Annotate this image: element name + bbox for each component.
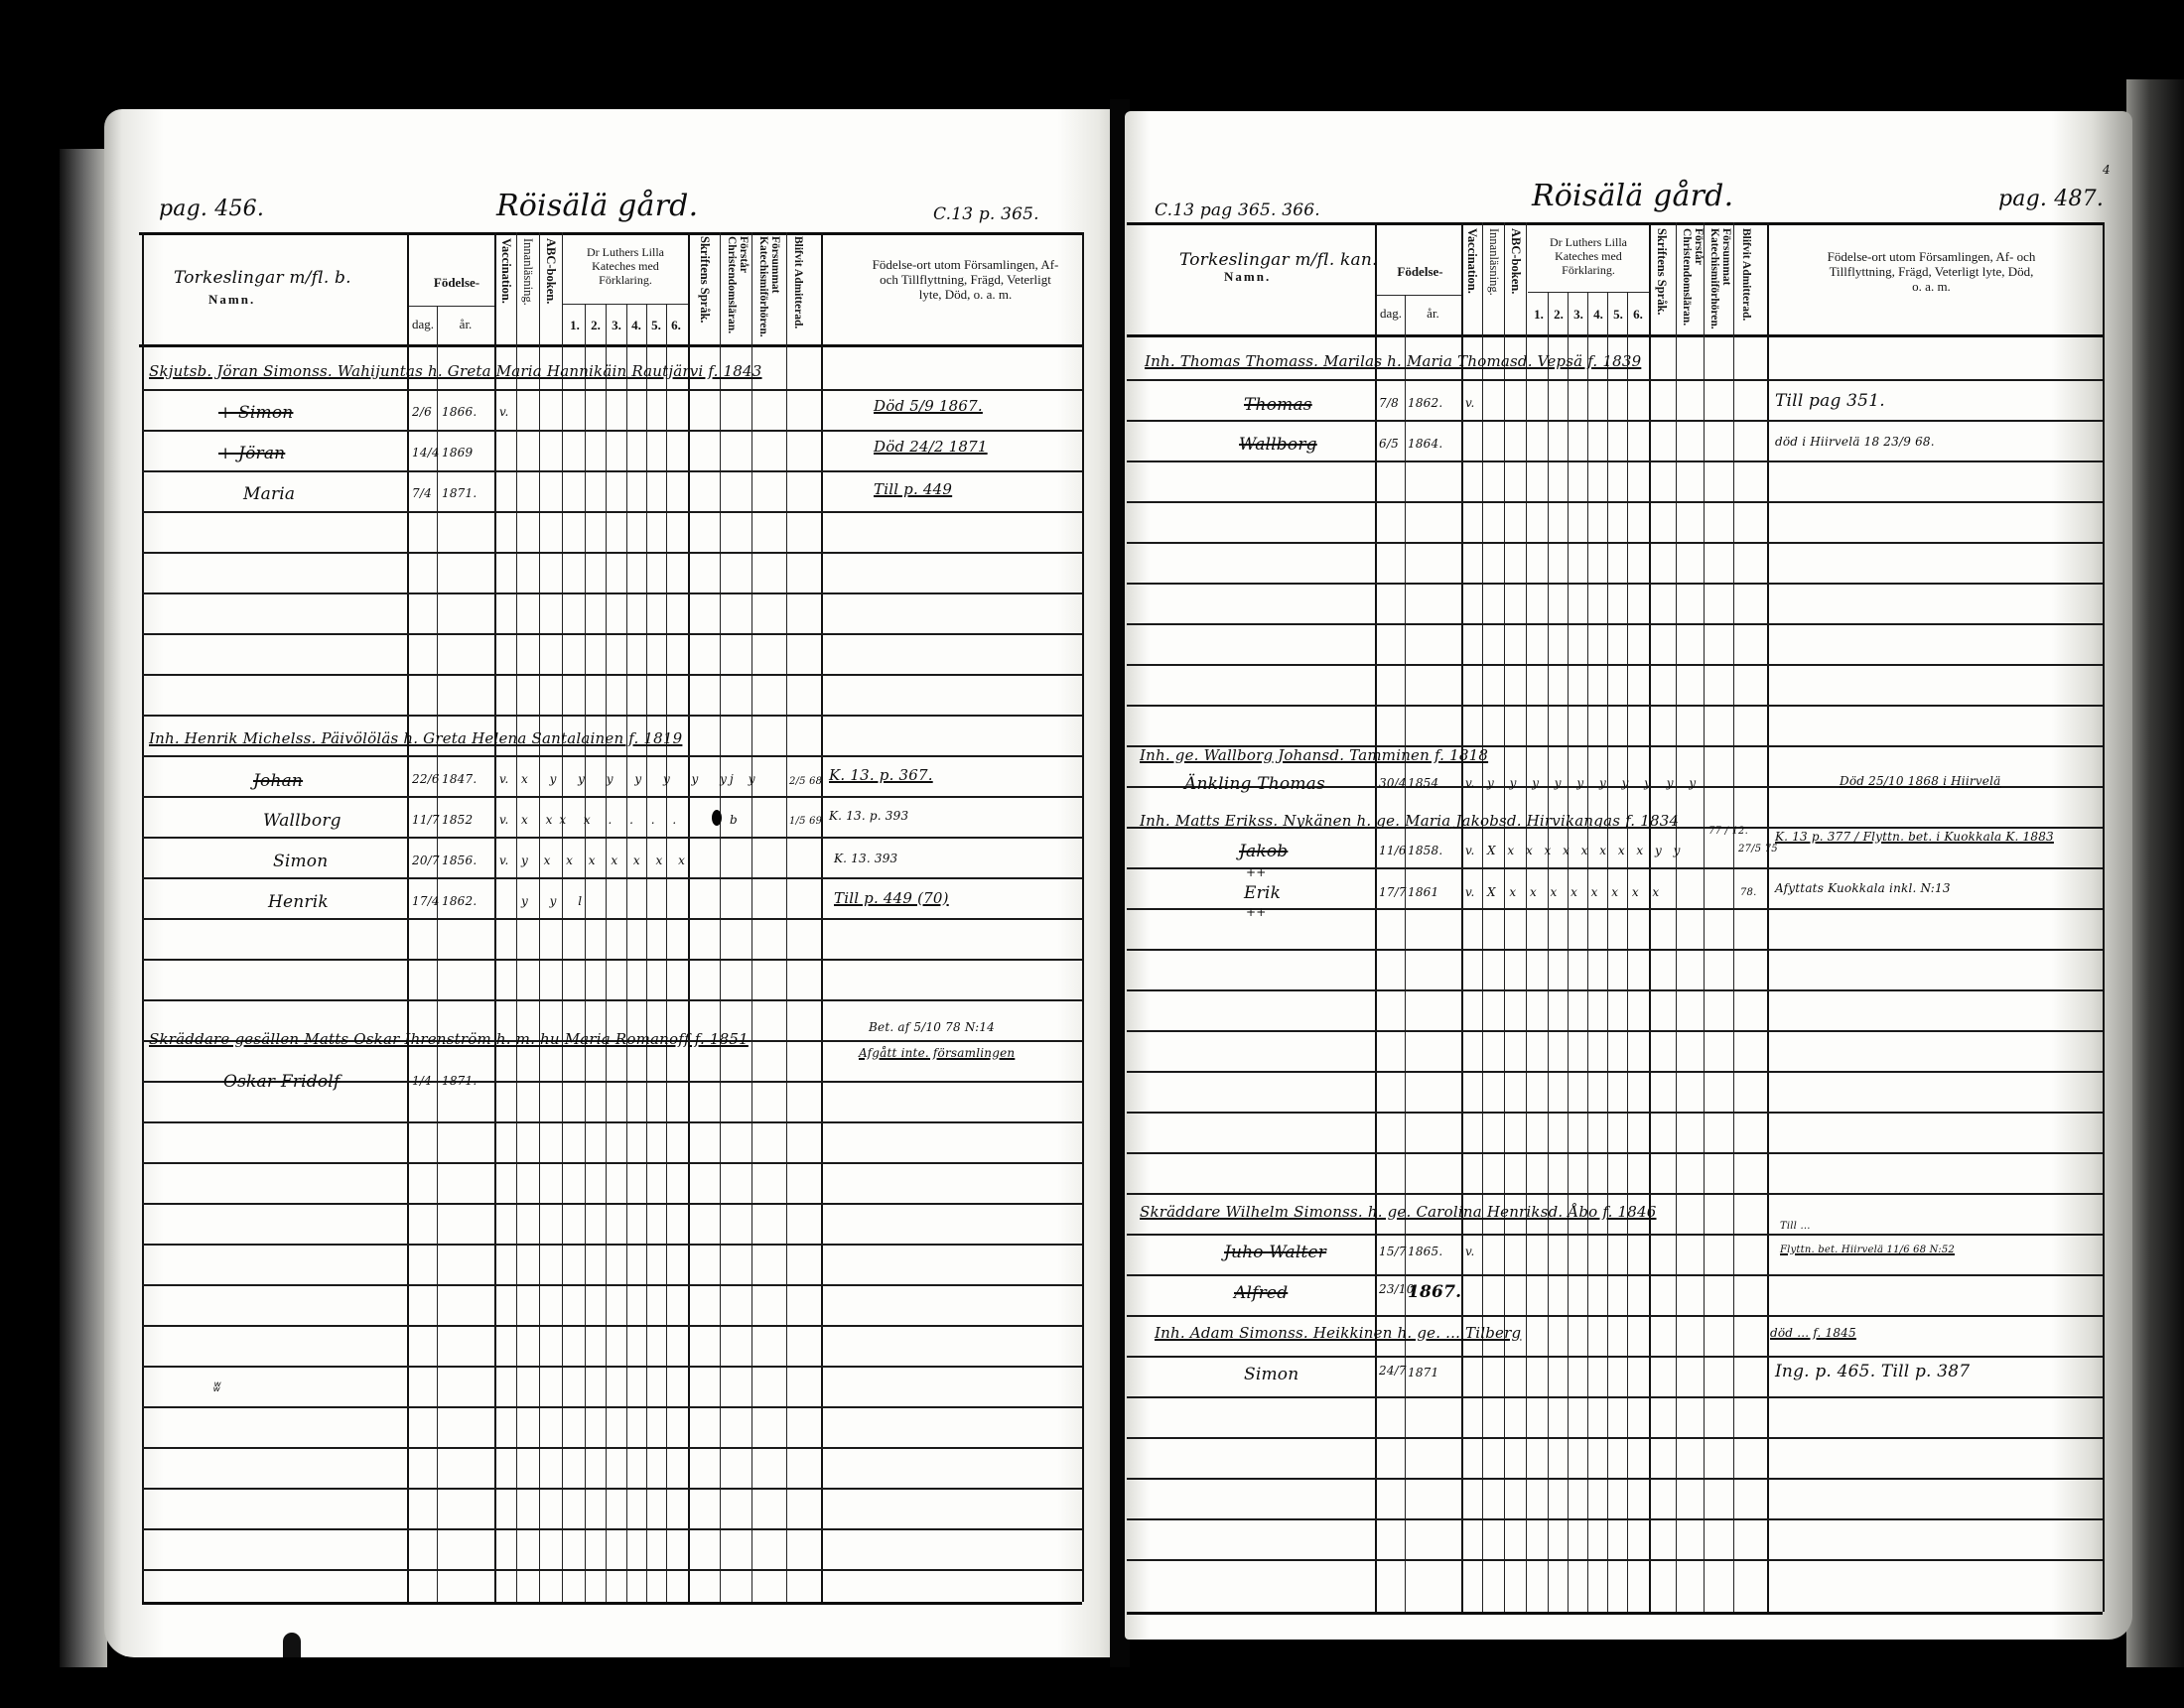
notes: K. 13. p. 393 <box>829 809 908 823</box>
birth-year: 1871. <box>442 1074 477 1088</box>
admitted-date: 1/5 69 <box>789 816 822 827</box>
notes: Bet. af 5/10 78 N:14 <box>869 1020 995 1034</box>
left-birth-divider <box>409 306 495 307</box>
birth-year: 1862. <box>442 894 477 908</box>
person-name: Thomas <box>1244 395 1312 415</box>
notes: Flyttn. bet. Hiirvelä 11/6 68 N:52 <box>1780 1245 1955 1255</box>
notes: K. 13. 393 <box>834 852 897 865</box>
notes: Död 24/2 1871 <box>874 438 988 456</box>
cross-mark: ++ <box>1246 905 1267 919</box>
birth-day: 22/6 <box>412 772 440 786</box>
ink-blot <box>712 810 722 826</box>
vaccination-mark: v. <box>499 813 509 827</box>
cross-mark: ++ <box>1246 865 1267 879</box>
left-admitted-header: Blifvit Admitterad. <box>792 236 804 340</box>
left-page-ref: pag. 456. <box>159 197 264 221</box>
person-name: Änkling Thomas <box>1184 774 1325 794</box>
right-year-header: år. <box>1406 307 1460 322</box>
right-page-ref: pag. 487. <box>1998 187 2104 211</box>
catechism-marks: y y l <box>521 894 591 908</box>
right-birth-header: Födelse- <box>1378 265 1462 280</box>
left-cat-col-6: 6. <box>667 318 685 333</box>
birth-day: 24/7 <box>1379 1364 1407 1378</box>
birth-year: 1856. <box>442 854 477 867</box>
left-page: pag. 456. Röisälä gård. C.13 p. 365. Tor… <box>104 109 1119 1657</box>
person-name: Wallborg <box>1239 435 1317 455</box>
person-name: Maria <box>243 484 295 504</box>
birth-day: 14/4 <box>412 446 440 460</box>
right-page-ref-upper: 4 <box>2103 163 2111 177</box>
right-birth-divider <box>1377 295 1461 296</box>
household-head: Inh. Henrik Michelss. Päivölöläs h. Gret… <box>149 729 682 747</box>
birth-year: 1867. <box>1408 1282 1461 1302</box>
birth-day: 11/7 <box>412 813 440 827</box>
household-head: Inh. Thomas Thomass. Marilas h. Maria Th… <box>1145 352 1641 370</box>
catechism-marks: y y y y y y y y y y <box>1487 776 1702 790</box>
birth-year: 1865. <box>1408 1245 1442 1258</box>
left-header-bottom <box>139 344 1082 347</box>
notes: Död 5/9 1867. <box>874 397 983 415</box>
birth-year: 1869 <box>442 446 473 460</box>
vaccination-mark: v. <box>1465 396 1475 410</box>
household-head: Skräddare Wilhelm Simonss. h. ge. Caroli… <box>1140 1203 1657 1221</box>
left-notes-header: Födelse-ort utom Församlingen, Af- och T… <box>869 258 1062 303</box>
person-name: + Jöran <box>218 444 285 463</box>
left-neglected-header: Försummat Katechismiförhören. <box>757 236 781 340</box>
person-name: Alfred <box>1234 1283 1288 1303</box>
right-cross-ref: C.13 pag 365. 366. <box>1155 200 1320 220</box>
right-page: C.13 pag 365. 366. Röisälä gård. 4 pag. … <box>1125 111 2132 1640</box>
scripture-mark: j <box>730 772 734 786</box>
right-abc-header: ABC-boken. <box>1509 228 1522 328</box>
book-edge-left <box>60 149 107 1667</box>
vaccination-mark: v. <box>1465 885 1475 899</box>
left-reading-header: Innanläsning. <box>521 238 534 337</box>
right-header-bottom <box>1127 334 2105 337</box>
vaccination-mark: v. <box>499 854 509 867</box>
person-name: Simon <box>1244 1365 1298 1384</box>
admitted-date: 78. <box>1740 887 1757 898</box>
left-year-header: år. <box>438 318 493 332</box>
household-head: Skjutsb. Jöran Simonss. Wahijuntas h. Gr… <box>149 362 762 380</box>
admitted-date: 2/5 68 <box>789 776 822 787</box>
left-day-header: dag. <box>409 318 437 332</box>
birth-year: 1854 <box>1408 776 1438 790</box>
right-cat-col-3: 3. <box>1570 307 1587 323</box>
notes: K. 13 p. 377 / Flyttn. bet. i Kuokkala K… <box>1775 830 2054 844</box>
right-catechism-divider <box>1528 292 1649 293</box>
notes: Till p. 449 <box>874 480 952 498</box>
right-name-header-hand: Torkeslingar m/fl. kan. <box>1179 250 1378 270</box>
right-christian-header: Förstår Christendomsläran. <box>1681 228 1705 332</box>
left-cat-col-4: 4. <box>627 318 645 333</box>
neglected-mark: 77 / 12. <box>1708 826 1748 837</box>
right-scripture-header: Skriftens Språk. <box>1655 228 1668 332</box>
catechism-marks: X x x x x x x x x <box>1487 885 1664 899</box>
scripture-mark: b <box>730 813 738 827</box>
birth-day: 7/8 <box>1379 396 1399 410</box>
right-reading-header: Innanläsning. <box>1487 228 1500 328</box>
notes: död i Hiirvelä 18 23/9 68. <box>1775 435 1935 449</box>
birth-day: 17/7 <box>1379 885 1407 899</box>
person-name: Henrik <box>268 892 329 912</box>
catechism-marks: y x x x x x x x <box>521 854 691 867</box>
catechism-marks: x y y y y y y y y <box>521 772 764 786</box>
catechism-marks: X x x x x x x x x y y <box>1487 844 1684 857</box>
birth-day: 15/7 <box>1379 1245 1407 1258</box>
vaccination-mark: v. <box>1465 776 1475 790</box>
left-cat-col-2: 2. <box>587 318 605 333</box>
right-day-header: dag. <box>1377 307 1405 322</box>
left-birth-header: Födelse- <box>412 276 501 291</box>
admitted-date: 27/5 75 <box>1738 844 1778 854</box>
notes: Till ... <box>1780 1221 1811 1232</box>
vaccination-mark: v. <box>499 405 509 419</box>
birth-year: 1871. <box>442 486 477 500</box>
birth-day: 30/4 <box>1379 776 1407 790</box>
person-name: Juho Walter <box>1224 1243 1326 1262</box>
birth-year: 1852 <box>442 813 473 827</box>
right-farm-title: Röisälä gård. <box>1532 179 1733 213</box>
catechism-marks: x xx x . . . . <box>521 813 683 827</box>
left-catechism-header: Dr Luthers Lilla Kateches med Förklaring… <box>564 246 687 287</box>
birth-year: 1847. <box>442 772 477 786</box>
right-cat-col-4: 4. <box>1589 307 1607 323</box>
person-name: Simon <box>273 852 328 871</box>
notes: Ing. p. 465. Till p. 387 <box>1775 1362 1970 1381</box>
left-header-top <box>139 232 1082 235</box>
birth-day: 20/7 <box>412 854 440 867</box>
right-cat-col-6: 6. <box>1629 307 1647 323</box>
birth-year: 1871 <box>1408 1366 1438 1380</box>
notes: Afyttats Kuokkala inkl. N:13 <box>1775 881 1951 895</box>
birth-year: 1862. <box>1408 396 1442 410</box>
left-cross-ref: C.13 p. 365. <box>933 204 1039 224</box>
notes: Till pag 351. <box>1775 391 1885 411</box>
household-head: Inh. Adam Simonss. Heikkinen h. ge. ... … <box>1155 1324 1521 1342</box>
notes: Till p. 449 (70) <box>834 889 949 907</box>
person-name: Johan <box>253 771 303 791</box>
person-name: Oskar Fridolf <box>223 1072 340 1092</box>
birth-day: 7/4 <box>412 486 432 500</box>
left-name-header: Namn. <box>208 293 255 308</box>
vaccination-mark: v. <box>499 772 509 786</box>
stray-ink-mark: ʬ <box>213 1380 220 1395</box>
notes: K. 13. p. 367. <box>829 766 933 784</box>
birth-day: 17/4 <box>412 894 440 908</box>
right-vaccination-header: Vaccination. <box>1465 228 1478 328</box>
right-name-header: Namn. <box>1224 270 1271 285</box>
notes: död ... f. 1845 <box>1770 1326 1856 1340</box>
household-head: Skräddare gesällen Matts Oskar Ihrenströ… <box>149 1030 749 1048</box>
left-cat-col-1: 1. <box>566 318 584 333</box>
left-farm-title: Röisälä gård. <box>496 189 698 223</box>
left-abc-header: ABC-boken. <box>544 238 557 337</box>
left-cat-col-5: 5. <box>647 318 665 333</box>
birth-day: 1/4 <box>412 1074 432 1088</box>
vaccination-mark: v. <box>1465 844 1475 857</box>
left-christian-header: Förstår Christendomsläran. <box>726 236 750 340</box>
person-name: Jakob <box>1239 842 1288 861</box>
vaccination-mark: v. <box>1465 1245 1475 1258</box>
notes: Död 25/10 1868 i Hiirvelä <box>1840 774 2001 788</box>
right-cat-col-1: 1. <box>1530 307 1548 323</box>
left-vaccination-header: Vaccination. <box>499 238 512 337</box>
birth-year: 1864. <box>1408 437 1442 451</box>
right-cat-col-2: 2. <box>1550 307 1568 323</box>
right-header-top <box>1127 222 2105 225</box>
right-notes-header: Födelse-ort utom Församlingen, Af- och T… <box>1825 250 2038 295</box>
left-cat-col-3: 3. <box>608 318 625 333</box>
right-catechism-header: Dr Luthers Lilla Kateches med Förklaring… <box>1529 236 1648 277</box>
birth-day: 2/6 <box>412 405 432 419</box>
household-head: Inh. ge. Wallborg Johansd. Tamminen f. 1… <box>1140 746 1488 764</box>
notes: Afgått inte. församlingen <box>859 1046 1015 1060</box>
birth-day: 11/6 <box>1379 844 1407 857</box>
right-neglected-header: Försummat Katechismiförhören. <box>1708 228 1732 332</box>
person-name: Wallborg <box>263 811 341 831</box>
left-catechism-divider <box>563 304 688 305</box>
birth-year: 1866. <box>442 405 477 419</box>
book-edge-right <box>2126 79 2184 1667</box>
birth-year: 1858. <box>1408 844 1442 857</box>
left-scripture-header: Skriftens Språk. <box>698 236 711 340</box>
birth-year: 1861 <box>1408 885 1438 899</box>
person-name: + Simon <box>218 403 293 423</box>
person-name: Erik <box>1244 883 1281 903</box>
right-cat-col-5: 5. <box>1609 307 1627 323</box>
birth-day: 6/5 <box>1379 437 1399 451</box>
left-name-header-hand: Torkeslingar m/fl. b. <box>174 268 351 288</box>
book-clip <box>283 1633 301 1657</box>
right-admitted-header: Blifvit Admitterad. <box>1740 228 1752 332</box>
household-head: Inh. Matts Erikss. Nykänen h. ge. Maria … <box>1140 812 1679 830</box>
